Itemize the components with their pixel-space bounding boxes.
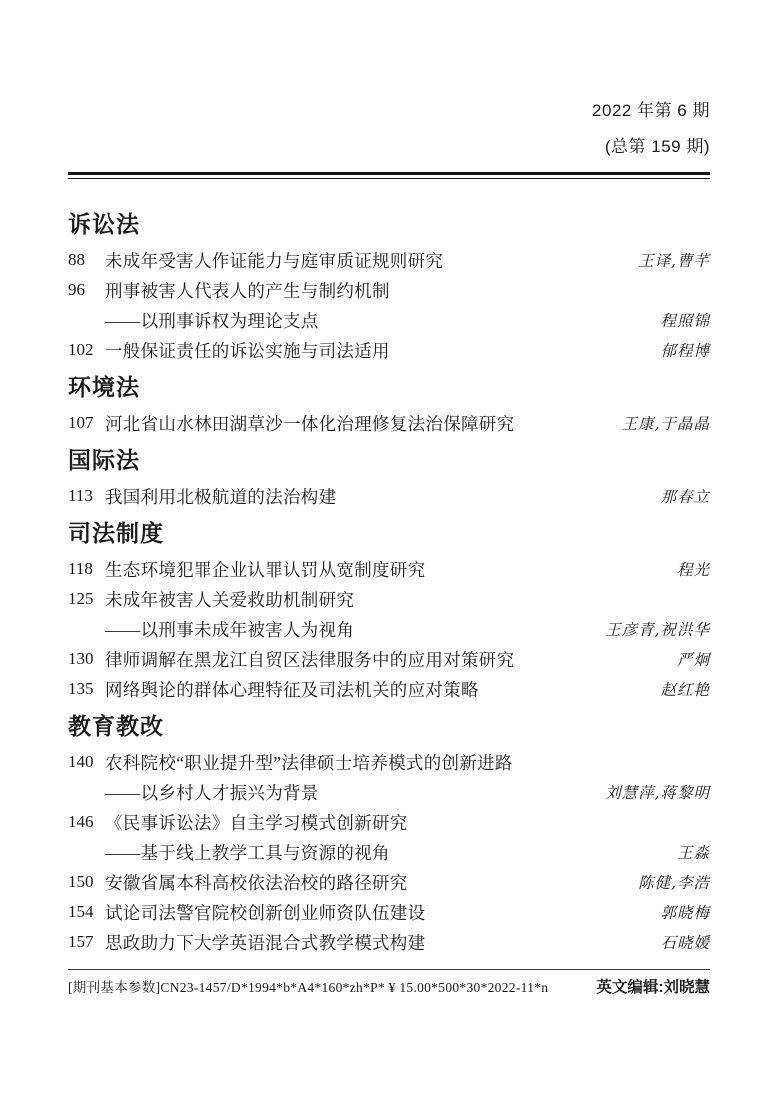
toc-row: 154试论司法警官院校创新创业师资队伍建设郭晓梅 [68, 897, 710, 927]
article-authors: 程光 [677, 558, 710, 580]
article-authors: 陈健,李浩 [638, 871, 710, 893]
article-subtitle: ——以乡村人才振兴为背景 [105, 780, 319, 805]
page-number: 157 [68, 932, 105, 952]
article-authors: 王康,于晶晶 [622, 412, 710, 434]
page-number: 107 [68, 413, 105, 433]
article-authors: 郁程博 [660, 339, 710, 361]
toc-row: 130律师调解在黑龙江自贸区法律服务中的应用对策研究严炯 [68, 644, 710, 674]
page-number: 140 [68, 752, 105, 772]
article-authors: 程照锦 [660, 309, 710, 331]
page-number: 113 [68, 486, 105, 506]
page-number: 102 [68, 340, 105, 360]
article-title: 试论司法警官院校创新创业师资队伍建设 [105, 900, 425, 925]
article-title: 思政助力下大学英语混合式教学模式构建 [105, 930, 425, 955]
page-number: 146 [68, 812, 105, 832]
journal-toc-page: 2022 年第 6 期 (总第 159 期) 诉讼法88未成年受害人作证能力与庭… [0, 0, 780, 1103]
toc-row: 118生态环境犯罪企业认罪认罚从宽制度研究程光 [68, 554, 710, 584]
section-title: 教育教改 [68, 711, 710, 741]
toc-row: 125未成年被害人关爱救助机制研究 [68, 584, 710, 614]
article-authors: 王彦青,祝洪华 [605, 618, 710, 640]
toc-row: 102一般保证责任的诉讼实施与司法适用郁程博 [68, 335, 710, 365]
article-title: 河北省山水林田湖草沙一体化治理修复法治保障研究 [105, 411, 514, 436]
article-title: 一般保证责任的诉讼实施与司法适用 [105, 338, 390, 363]
article-title: 律师调解在黑龙江自贸区法律服务中的应用对策研究 [105, 647, 514, 672]
footer: [期刊基本参数]CN23-1457/D*1994*b*A4*160*zh*P* … [68, 978, 710, 998]
article-title: 刑事被害人代表人的产生与制约机制 [105, 278, 390, 303]
article-subtitle: ——以刑事诉权为理论支点 [105, 308, 319, 333]
page-number: 135 [68, 679, 105, 699]
article-title: 安徽省属本科高校依法治校的路径研究 [105, 870, 408, 895]
journal-basic-parameters: [期刊基本参数]CN23-1457/D*1994*b*A4*160*zh*P* … [68, 978, 548, 998]
toc-row: 140农科院校“职业提升型”法律硕士培养模式的创新进路 [68, 747, 710, 777]
article-title: 《民事诉讼法》自主学习模式创新研究 [105, 810, 408, 835]
toc-row: 157思政助力下大学英语混合式教学模式构建石晓媛 [68, 927, 710, 957]
toc-row: 146《民事诉讼法》自主学习模式创新研究 [68, 807, 710, 837]
toc-row-subtitle: ——基于线上教学工具与资源的视角王淼 [68, 837, 710, 867]
page-content: 2022 年第 6 期 (总第 159 期) 诉讼法88未成年受害人作证能力与庭… [68, 0, 710, 998]
section-title: 环境法 [68, 372, 710, 402]
article-authors: 王淼 [677, 841, 710, 863]
toc-row-subtitle: ——以刑事诉权为理论支点程照锦 [68, 305, 710, 335]
page-number: 130 [68, 649, 105, 669]
section-title: 诉讼法 [68, 209, 710, 239]
section-title: 司法制度 [68, 518, 710, 548]
page-number: 88 [68, 250, 105, 270]
toc-row: 113我国利用北极航道的法治构建那春立 [68, 481, 710, 511]
toc-row-subtitle: ——以刑事未成年被害人为视角王彦青,祝洪华 [68, 614, 710, 644]
article-authors: 严炯 [677, 648, 710, 670]
page-number: 96 [68, 280, 105, 300]
toc-row: 107河北省山水林田湖草沙一体化治理修复法治保障研究王康,于晶晶 [68, 408, 710, 438]
article-title: 我国利用北极航道的法治构建 [105, 484, 336, 509]
section-title: 国际法 [68, 445, 710, 475]
article-title: 生态环境犯罪企业认罪认罚从宽制度研究 [105, 557, 425, 582]
article-subtitle: ——以刑事未成年被害人为视角 [105, 617, 354, 642]
article-authors: 赵红艳 [660, 678, 710, 700]
footer-rule [68, 969, 710, 970]
article-authors: 王译,曹芊 [638, 249, 710, 271]
article-title: 农科院校“职业提升型”法律硕士培养模式的创新进路 [105, 750, 513, 775]
toc-row-subtitle: ——以乡村人才振兴为背景刘慧萍,蒋黎明 [68, 777, 710, 807]
article-subtitle: ——基于线上教学工具与资源的视角 [105, 840, 390, 865]
issue-label: 2022 年第 6 期 [68, 100, 710, 122]
article-title: 未成年被害人关爱救助机制研究 [105, 587, 354, 612]
page-number: 150 [68, 872, 105, 892]
article-title: 网络舆论的群体心理特征及司法机关的应对策略 [105, 677, 479, 702]
toc-row: 88未成年受害人作证能力与庭审质证规则研究王译,曹芊 [68, 245, 710, 275]
toc-row: 150安徽省属本科高校依法治校的路径研究陈健,李浩 [68, 867, 710, 897]
masthead: 2022 年第 6 期 (总第 159 期) [68, 100, 710, 158]
table-of-contents: 诉讼法88未成年受害人作证能力与庭审质证规则研究王译,曹芊96刑事被害人代表人的… [68, 209, 710, 957]
toc-row: 96刑事被害人代表人的产生与制约机制 [68, 275, 710, 305]
article-authors: 石晓媛 [660, 931, 710, 953]
article-authors: 郭晓梅 [660, 901, 710, 923]
english-editor-label: 英文编辑:刘晓慧 [596, 978, 710, 998]
article-authors: 那春立 [660, 485, 710, 507]
page-number: 125 [68, 589, 105, 609]
page-number: 118 [68, 559, 105, 579]
article-authors: 刘慧萍,蒋黎明 [605, 781, 710, 803]
cumulative-issue-label: (总第 159 期) [68, 136, 710, 158]
toc-row: 135网络舆论的群体心理特征及司法机关的应对策略赵红艳 [68, 674, 710, 704]
page-number: 154 [68, 902, 105, 922]
article-title: 未成年受害人作证能力与庭审质证规则研究 [105, 248, 443, 273]
header-double-rule [68, 172, 710, 179]
